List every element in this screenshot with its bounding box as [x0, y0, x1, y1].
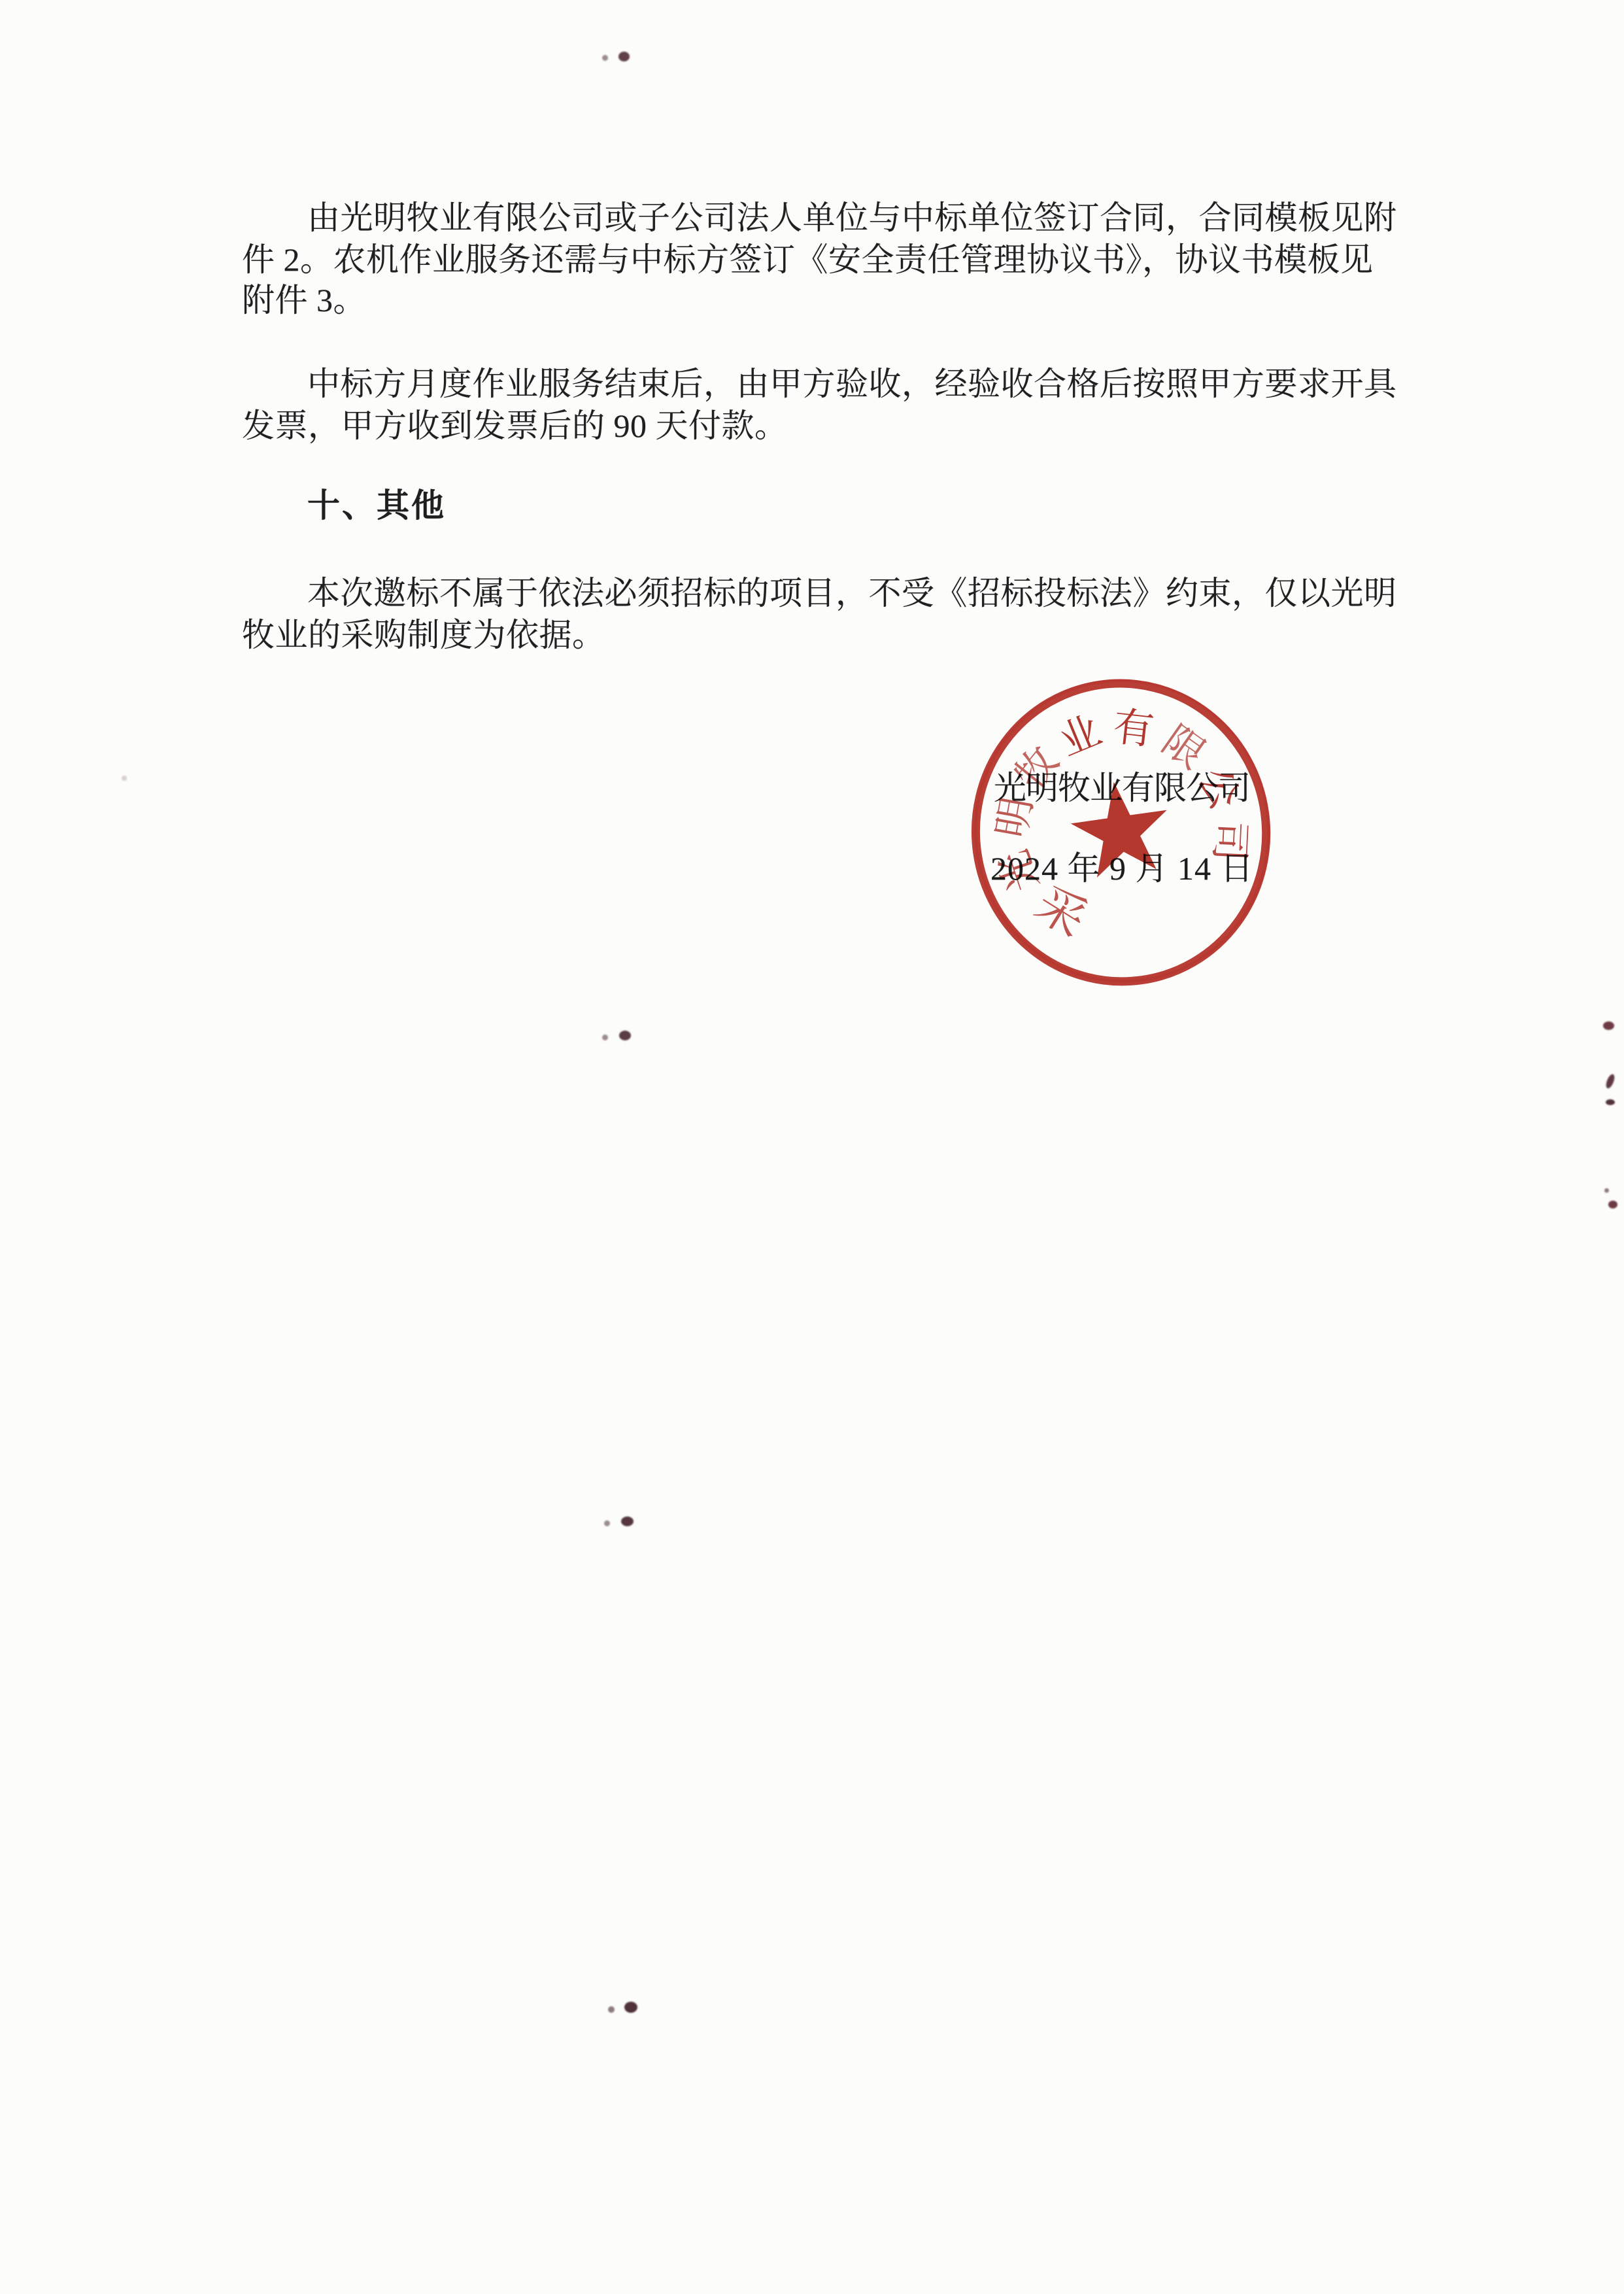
seal-arc-char: 业: [1053, 708, 1108, 765]
scan-speck: [619, 1031, 631, 1040]
paragraph-line: 本次邀标不属于依法必须招标的项目，不受《招标投标法》约束，仅以光明: [242, 573, 1397, 614]
company-seal: 光 明 牧 业 有 限 公 司 采: [961, 667, 1280, 993]
seal-ink-artifact-glyph: 采: [1026, 877, 1096, 948]
scan-speck: [1608, 1201, 1617, 1208]
seal-group: 光 明 牧 业 有 限 公 司 采: [961, 667, 1280, 993]
seal-arc-char: 限: [1154, 718, 1213, 778]
scan-speck: [604, 1520, 610, 1526]
paragraph-line: 中标方月度作业服务结束后，由甲方验收，经验收合格后按照甲方要求开具: [242, 364, 1397, 405]
paragraph-line: 牧业的采购制度为依据。: [242, 615, 605, 656]
seal-arc-char: 明: [990, 793, 1041, 841]
seal-arc-char: 牧: [1007, 739, 1068, 798]
scan-speck: [1603, 1021, 1614, 1030]
star-icon: [1066, 775, 1175, 880]
section-heading: 十、其他: [242, 485, 446, 526]
scan-speck: [1606, 1099, 1615, 1105]
seal-arc-char: 有: [1111, 705, 1156, 753]
scan-speck: [618, 52, 630, 61]
scan-speck: [1604, 1188, 1609, 1193]
seal-arc-char: 公: [1189, 761, 1247, 817]
seal-arc-char: 光: [992, 844, 1047, 897]
paragraph-line: 由光明牧业有限公司或子公司法人单位与中标单位签订合同，合同模板见附: [242, 197, 1397, 239]
scan-speck: [624, 2002, 637, 2013]
scan-speck: [1604, 1073, 1616, 1089]
scan-speck: [602, 1035, 608, 1040]
paragraph-line: 件 2。农机作业服务还需与中标方签订《安全责任管理协议书》，协议书模板见: [242, 239, 1374, 281]
seal-arc-char: 司: [1206, 820, 1253, 863]
paragraph-line: 发票，甲方收到发票后的 90 天付款。: [242, 405, 788, 447]
scan-speck: [608, 2006, 615, 2013]
document-page: 由光明牧业有限公司或子公司法人单位与中标单位签订合同，合同模板见附 件 2。农机…: [0, 0, 1624, 2294]
scan-speck: [602, 55, 608, 61]
paragraph-line: 附件 3。: [242, 280, 366, 321]
scan-speck: [122, 776, 127, 781]
scan-speck: [621, 1516, 634, 1526]
